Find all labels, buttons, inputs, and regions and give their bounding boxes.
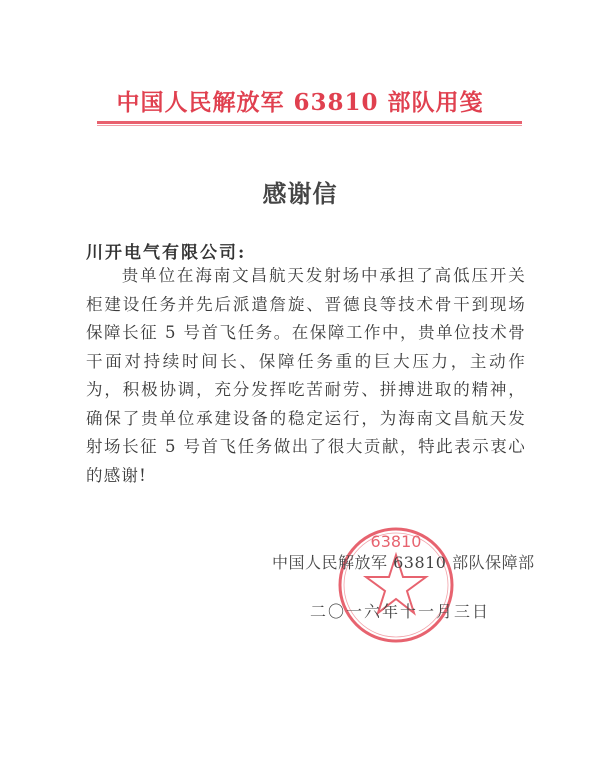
letter-body-text: 贵单位在海南文昌航天发射场中承担了高低压开关柜建设任务并先后派遣詹旋、晋德良等技…: [86, 266, 526, 485]
seal-number: 63810: [371, 532, 422, 551]
letterhead-rule-thin: [97, 125, 522, 126]
letter-title: 感谢信: [0, 174, 600, 209]
official-seal-icon: 63810: [336, 525, 456, 645]
signature-organization: 中国人民解放军 63810 部队保障部: [272, 550, 535, 573]
letterhead-title: 中国人民解放军 63810 部队用笺: [0, 84, 600, 117]
letter-body: 贵单位在海南文昌航天发射场中承担了高低压开关柜建设任务并先后派遣詹旋、晋德良等技…: [86, 262, 526, 490]
salutation: 川开电气有限公司:: [86, 238, 246, 263]
letterhead-rule: [97, 121, 522, 124]
signature-date: 二〇一六年十一月三日: [310, 599, 490, 622]
